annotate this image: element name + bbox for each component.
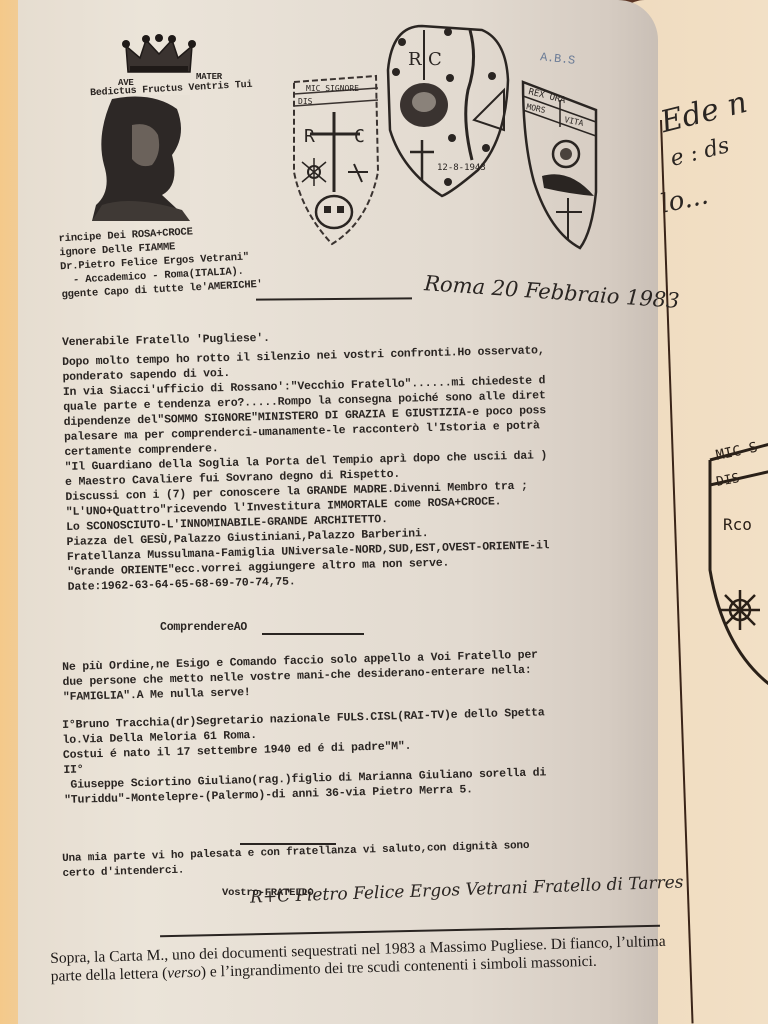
- portrait-image: [92, 95, 190, 221]
- letter-line: ponderato sapendo di voi.: [62, 367, 230, 384]
- facing-handwriting-line-3: lo...: [657, 180, 710, 219]
- shield-rex-ora: REX ORA MORS VITA: [520, 72, 604, 252]
- author-titles: rincipe Dei ROSA+CROCE ignore Delle FIAM…: [58, 222, 263, 302]
- svg-text:R: R: [304, 126, 315, 147]
- facing-handwriting-line-2: e : ds: [668, 133, 732, 172]
- svg-text:R: R: [408, 49, 422, 70]
- caption-italic: verso: [167, 964, 201, 982]
- facing-shield-fragment: MIC S DIS Rco: [705, 430, 768, 700]
- crown-icon: [122, 34, 196, 78]
- letter-line: certamente comprendere.: [64, 442, 218, 459]
- person-line: II°: [63, 763, 83, 777]
- persons-list: I°Bruno Tracchia(dr)Segretario nazionale…: [62, 705, 547, 808]
- shield-mic-signore: MIC SIGNORE DIS R C: [288, 72, 382, 248]
- letter-paragraph-1: Dopo molto tempo ho rotto il silenzio ne…: [62, 343, 550, 595]
- comprendere-rule: [262, 633, 364, 635]
- svg-text:MIC SIGNORE: MIC SIGNORE: [306, 84, 359, 93]
- svg-text:DIS: DIS: [715, 471, 741, 490]
- svg-text:MIC S: MIC S: [715, 439, 760, 463]
- svg-text:Rco: Rco: [723, 515, 752, 534]
- facing-handwriting-line-1: Ede n: [657, 85, 751, 140]
- svg-text:C: C: [354, 126, 365, 147]
- svg-text:12-8-1943: 12-8-1943: [437, 163, 486, 173]
- shield-rose-cross: R C 12-8-1943: [382, 20, 510, 198]
- svg-text:C: C: [428, 49, 442, 70]
- svg-text:MORS: MORS: [526, 102, 547, 115]
- svg-text:DIS: DIS: [298, 97, 313, 106]
- closing-line: certo d'intenderci.: [62, 865, 184, 880]
- comprendere-line: ComprendereAO: [160, 620, 247, 635]
